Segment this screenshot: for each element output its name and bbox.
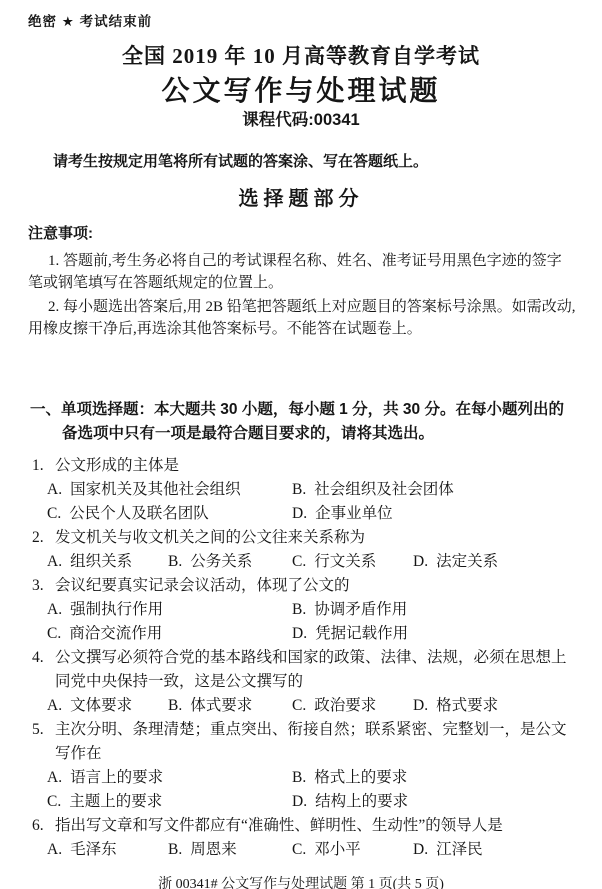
question-1-options: A.国家机关及其他社会组织B.社会组织及社会团体C.公民个人及联名团队D.企事业… [47,478,602,526]
option-text: 毛泽东 [70,841,117,858]
question-number: 3. [32,574,44,598]
question-text: 发文机关与收文机关之间的公文往来关系称为 [55,529,365,546]
option-text: 格式要求 [436,697,498,714]
question-5: 5.主次分明、条理清楚；重点突出、衔接自然；联系紧密、完整划一，是公文写作在A.… [0,718,602,814]
option-label: A. [47,601,62,618]
option-label: C. [47,505,61,522]
option-label: A. [47,841,62,858]
question-3-stem: 3.会议纪要真实记录会议活动，体现了公文的 [0,574,602,598]
option-3A: A.强制执行作用 [47,598,292,622]
question-3: 3.会议纪要真实记录会议活动，体现了公文的A.强制执行作用B.协调矛盾作用C.商… [0,574,602,646]
option-1C: C.公民个人及联名团队 [47,502,292,526]
note-item-1: 1. 答题前,考生务必将自己的考试课程名称、姓名、准考证号用黑色字迹的签字笔或钢… [28,250,576,294]
option-text: 文体要求 [70,697,132,714]
paper-title: 公文写作与处理试题 [0,74,602,108]
option-1A: A.国家机关及其他社会组织 [47,478,292,502]
option-text: 公民个人及联名团队 [69,505,209,522]
option-text: 周恩来 [190,841,237,858]
option-4C: C.政治要求 [292,694,413,718]
classification-banner: 绝密 ★ 考试结束前 [28,14,602,30]
option-6B: B.周恩来 [168,838,292,862]
option-2B: B.公务关系 [168,550,292,574]
option-5C: C.主题上的要求 [47,790,292,814]
question-2-stem: 2.发文机关与收文机关之间的公文往来关系称为 [0,526,602,550]
option-text: 协调矛盾作用 [314,601,407,618]
option-label: B. [292,769,306,786]
option-6C: C.邓小平 [292,838,413,862]
option-text: 商洽交流作用 [69,625,162,642]
option-label: D. [292,625,307,642]
question-text: 公文撰写必须符合党的基本路线和国家的政策、法律、法规，必须在思想上同党中央保持一… [55,649,567,690]
question-5-options: A.语言上的要求B.格式上的要求C.主题上的要求D.结构上的要求 [47,766,602,814]
option-2A: A.组织关系 [47,550,168,574]
option-text: 江泽民 [436,841,483,858]
option-label: C. [47,793,61,810]
option-text: 公务关系 [190,553,252,570]
exam-paper-page: 绝密 ★ 考试结束前 全国 2019 年 10 月高等教育自学考试 公文写作与处… [0,0,602,889]
section-title: 选择题部分 [0,187,602,211]
page-footer: 浙 00341# 公文写作与处理试题 第 1 页(共 5 页) [0,876,602,889]
question-1-stem: 1.公文形成的主体是 [0,454,602,478]
question-list: 1.公文形成的主体是A.国家机关及其他社会组织B.社会组织及社会团体C.公民个人… [0,454,602,862]
note-item-2: 2. 每小题选出答案后,用 2B 铅笔把答题纸上对应题目的答案标号涂黑。如需改动… [28,296,576,340]
option-5D: D.结构上的要求 [292,790,592,814]
option-label: A. [47,697,62,714]
option-label: A. [47,481,62,498]
option-label: D. [292,505,307,522]
option-text: 凭据记载作用 [315,625,408,642]
question-number: 1. [32,454,44,478]
option-4A: A.文体要求 [47,694,168,718]
question-number: 2. [32,526,44,550]
question-number: 4. [32,646,44,670]
option-2D: D.法定关系 [413,550,592,574]
question-text: 主次分明、条理清楚；重点突出、衔接自然；联系紧密、完整划一，是公文写作在 [55,721,567,762]
question-2: 2.发文机关与收文机关之间的公文往来关系称为A.组织关系B.公务关系C.行文关系… [0,526,602,574]
question-number: 5. [32,718,44,742]
option-text: 格式上的要求 [314,769,407,786]
option-text: 社会组织及社会团体 [314,481,454,498]
question-6-stem: 6.指出写文章和写文件都应有“准确性、鲜明性、生动性”的领导人是 [0,814,602,838]
option-3D: D.凭据记载作用 [292,622,592,646]
option-label: A. [47,553,62,570]
option-label: B. [168,697,182,714]
question-text: 指出写文章和写文件都应有“准确性、鲜明性、生动性”的领导人是 [55,817,503,834]
question-4: 4.公文撰写必须符合党的基本路线和国家的政策、法律、法规，必须在思想上同党中央保… [0,646,602,718]
question-5-stem: 5.主次分明、条理清楚；重点突出、衔接自然；联系紧密、完整划一，是公文写作在 [0,718,602,766]
option-text: 行文关系 [314,553,376,570]
option-text: 语言上的要求 [70,769,163,786]
question-4-options: A.文体要求B.体式要求C.政治要求D.格式要求 [47,694,602,718]
option-text: 结构上的要求 [315,793,408,810]
question-text: 会议纪要真实记录会议活动，体现了公文的 [55,577,350,594]
option-text: 国家机关及其他社会组织 [70,481,241,498]
option-label: C. [292,553,306,570]
option-3C: C.商洽交流作用 [47,622,292,646]
part-one-heading: 一、单项选择题：本大题共 30 小题，每小题 1 分，共 30 分。在每小题列出… [62,398,578,446]
option-text: 邓小平 [314,841,361,858]
question-number: 6. [32,814,44,838]
option-1B: B.社会组织及社会团体 [292,478,592,502]
question-4-stem: 4.公文撰写必须符合党的基本路线和国家的政策、法律、法规，必须在思想上同党中央保… [0,646,602,694]
option-text: 法定关系 [436,553,498,570]
course-code: 课程代码:00341 [0,110,602,130]
exam-session-title: 全国 2019 年 10 月高等教育自学考试 [0,42,602,70]
option-label: D. [413,553,428,570]
option-2C: C.行文关系 [292,550,413,574]
option-label: C. [292,841,306,858]
question-6-options: A.毛泽东B.周恩来C.邓小平D.江泽民 [47,838,602,862]
option-label: B. [292,481,306,498]
question-text: 公文形成的主体是 [55,457,179,474]
option-text: 组织关系 [70,553,132,570]
option-text: 体式要求 [190,697,252,714]
option-6D: D.江泽民 [413,838,592,862]
option-text: 强制执行作用 [70,601,163,618]
option-label: C. [47,625,61,642]
option-label: B. [168,553,182,570]
option-4D: D.格式要求 [413,694,592,718]
option-label: B. [292,601,306,618]
question-2-options: A.组织关系B.公务关系C.行文关系D.法定关系 [47,550,602,574]
option-4B: B.体式要求 [168,694,292,718]
option-5B: B.格式上的要求 [292,766,592,790]
answer-sheet-instruction: 请考生按规定用笔将所有试题的答案涂、写在答题纸上。 [28,153,574,171]
notes-title: 注意事项: [28,225,602,243]
option-label: D. [292,793,307,810]
option-label: B. [168,841,182,858]
option-label: D. [413,841,428,858]
option-text: 企事业单位 [315,505,393,522]
option-label: A. [47,769,62,786]
question-6: 6.指出写文章和写文件都应有“准确性、鲜明性、生动性”的领导人是A.毛泽东B.周… [0,814,602,862]
option-label: C. [292,697,306,714]
option-text: 政治要求 [314,697,376,714]
option-text: 主题上的要求 [69,793,162,810]
option-1D: D.企事业单位 [292,502,592,526]
question-3-options: A.强制执行作用B.协调矛盾作用C.商洽交流作用D.凭据记载作用 [47,598,602,646]
question-1: 1.公文形成的主体是A.国家机关及其他社会组织B.社会组织及社会团体C.公民个人… [0,454,602,526]
option-6A: A.毛泽东 [47,838,168,862]
option-label: D. [413,697,428,714]
option-3B: B.协调矛盾作用 [292,598,592,622]
option-5A: A.语言上的要求 [47,766,292,790]
